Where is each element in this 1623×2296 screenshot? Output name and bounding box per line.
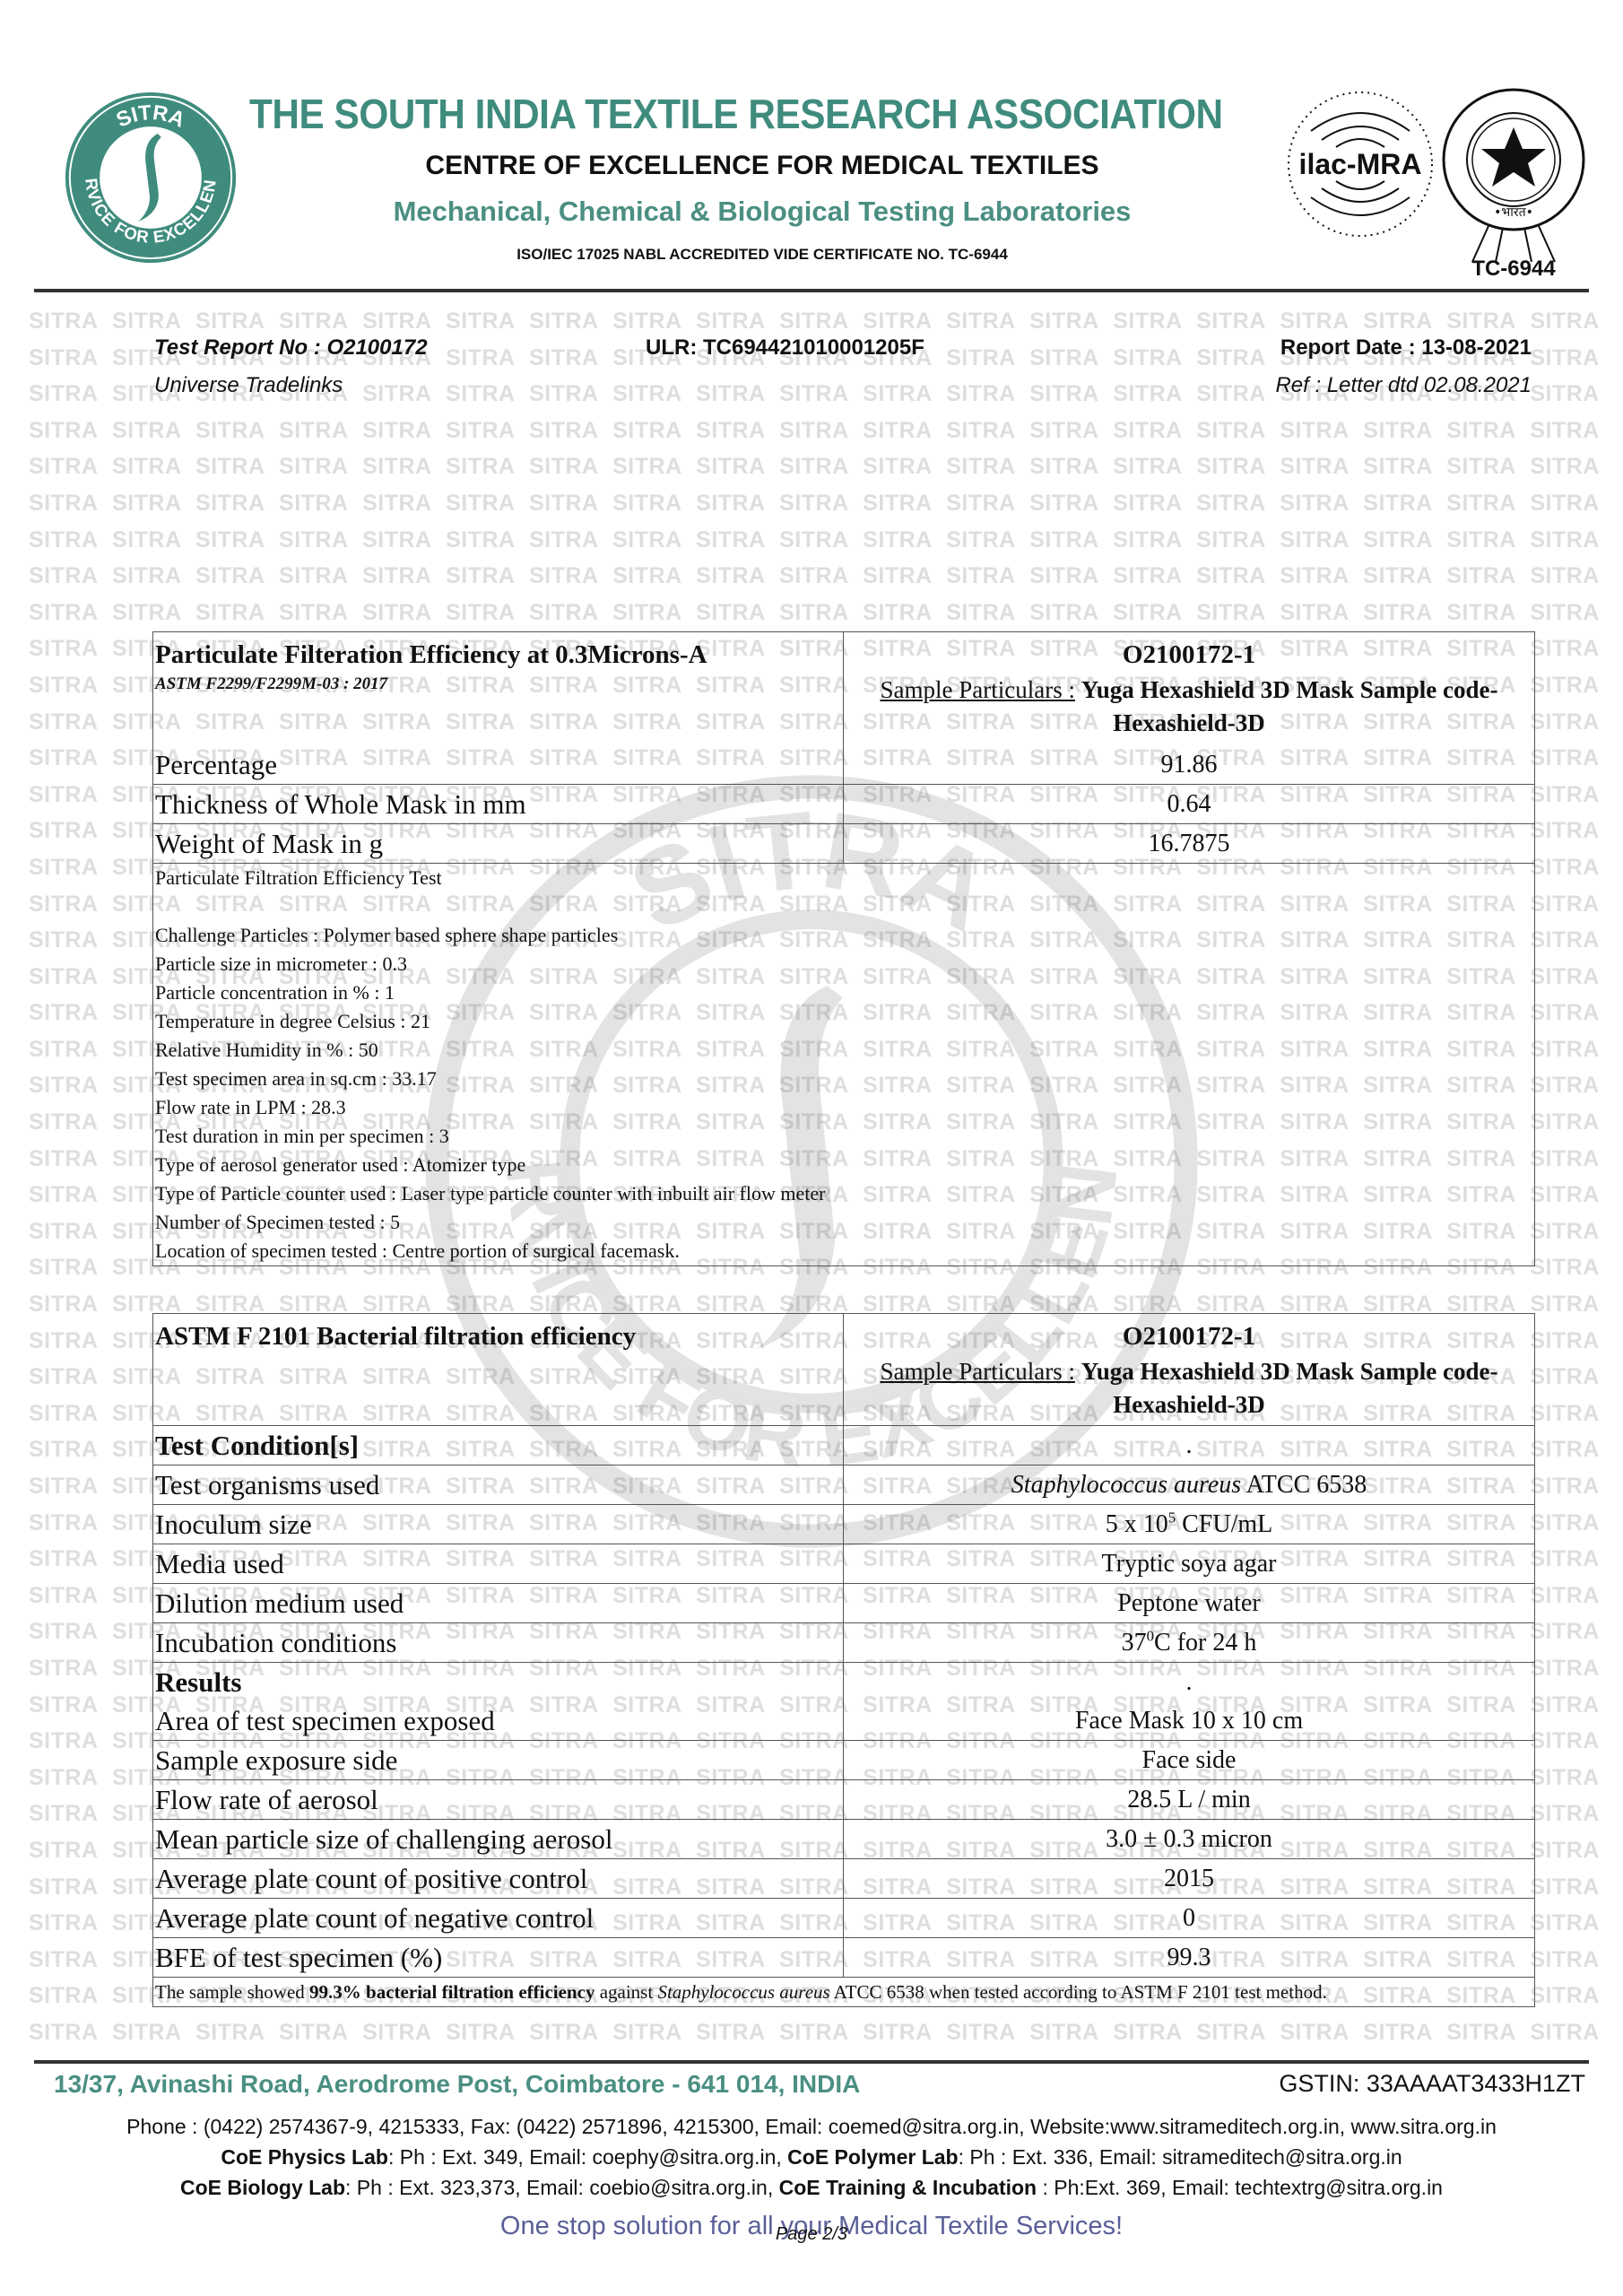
- results-heading: Results: [153, 1663, 844, 1701]
- row-label: Average plate count of positive control: [153, 1859, 844, 1898]
- bfe-sample-code: O2100172-1: [844, 1318, 1534, 1355]
- table-row: Media used Tryptic soya agar: [153, 1544, 1534, 1583]
- inoculum-label: Inoculum size: [153, 1505, 844, 1544]
- watermark-row: SITRA SITRA SITRA SITRA SITRA SITRA SITR…: [29, 595, 1607, 631]
- bfe-title: ASTM F 2101 Bacterial filtration efficie…: [155, 1318, 841, 1355]
- pfe-note-line: Test duration in min per specimen : 3: [155, 1122, 1532, 1151]
- table-row: Test organisms used Staphylococcus aureu…: [153, 1465, 1534, 1504]
- bfe-sample-label: Sample Particulars :: [881, 1358, 1075, 1385]
- incubation-temp: 37: [1122, 1629, 1147, 1657]
- pfe-note-line: Number of Specimen tested : 5: [155, 1208, 1532, 1237]
- table-row: Mean particle size of challenging aeroso…: [153, 1819, 1534, 1858]
- row-value: 3.0 ± 0.3 micron: [844, 1820, 1534, 1858]
- pfe-note-line: Particle size in micrometer : 0.3: [155, 950, 1532, 978]
- bfe-results-heading-row: Results .: [153, 1662, 1534, 1701]
- conditions-value: .: [844, 1426, 1534, 1465]
- table-row: Dilution medium used Peptone water: [153, 1583, 1534, 1622]
- table-row: Sample exposure sideFace side: [153, 1740, 1534, 1779]
- organism-species: Staphylococcus aureus: [1011, 1471, 1241, 1499]
- row-value: 0: [844, 1899, 1534, 1937]
- inoculum-unit: CFU/mL: [1182, 1510, 1272, 1538]
- row-label: Flow rate of aerosol: [153, 1780, 844, 1819]
- row-value: 99.3: [844, 1938, 1534, 1977]
- pfe-sample-label: Sample Particulars :: [881, 676, 1075, 703]
- table-row: Weight of Mask in g16.7875: [153, 823, 1534, 863]
- table-row: Thickness of Whole Mask in mm0.64: [153, 784, 1534, 823]
- letterhead: SITRA SERVICE FOR EXCELLENCE THE SOUTH I…: [0, 0, 1623, 296]
- bfe-summary-row: The sample showed 99.3% bacterial filtra…: [153, 1977, 1534, 2006]
- reference-letter: Ref : Letter dtd 02.08.2021: [1275, 373, 1532, 398]
- watermark-row: SITRA SITRA SITRA SITRA SITRA SITRA SITR…: [29, 2014, 1607, 2043]
- row-label: Mean particle size of challenging aeroso…: [153, 1820, 844, 1858]
- pfe-note-line: Test specimen area in sq.cm : 33.17: [155, 1065, 1532, 1093]
- media-value: Tryptic soya agar: [844, 1544, 1534, 1583]
- pfe-note-line: Particle concentration in % : 1: [155, 978, 1532, 1007]
- bfe-sample-desc: Yuga Hexashield 3D Mask Sample code- Hex…: [1081, 1358, 1498, 1418]
- pfe-title: Particulate Filteration Efficiency at 0.…: [155, 636, 841, 674]
- bfe-header-row: ASTM F 2101 Bacterial filtration efficie…: [153, 1314, 1534, 1425]
- inoculum-base: 5 x 10: [1106, 1510, 1168, 1538]
- conditions-heading: Test Condition[s]: [153, 1426, 844, 1465]
- row-value: Face Mask 10 x 10 cm: [844, 1701, 1534, 1740]
- watermark-row: SITRA SITRA SITRA SITRA SITRA SITRA SITR…: [29, 303, 1607, 340]
- organism-strain: ATCC 6538: [1246, 1471, 1367, 1499]
- incubation-rest: C for 24 h: [1154, 1629, 1256, 1657]
- svg-text:•भारत•: •भारत•: [1494, 205, 1533, 220]
- inoculum-exponent: 5: [1168, 1509, 1176, 1526]
- row-value: 91.86: [844, 745, 1534, 784]
- watermark-row: SITRA SITRA SITRA SITRA SITRA SITRA SITR…: [29, 522, 1607, 559]
- table-row: Incubation conditions 370C for 24 h: [153, 1622, 1534, 1662]
- row-label: Percentage: [153, 745, 844, 784]
- watermark-row: SITRA SITRA SITRA SITRA SITRA SITRA SITR…: [29, 485, 1607, 522]
- header-divider: [34, 289, 1589, 292]
- ulr-number: ULR: TC694421010001205F: [646, 335, 924, 361]
- bfe-table: ASTM F 2101 Bacterial filtration efficie…: [152, 1313, 1535, 2007]
- pfe-header-row: Particulate Filteration Efficiency at 0.…: [153, 632, 1534, 745]
- row-label: Thickness of Whole Mask in mm: [153, 785, 844, 823]
- table-row: Average plate count of positive control2…: [153, 1858, 1534, 1898]
- report-date: Report Date : 13-08-2021: [1280, 335, 1532, 361]
- row-value: 28.5 L / min: [844, 1780, 1534, 1819]
- incubation-degree: 0: [1147, 1628, 1154, 1645]
- footer-labs-line-2: CoE Biology Lab: Ph : Ext. 323,373, Emai…: [0, 2176, 1623, 2200]
- pfe-note-line: Type of Particle counter used : Laser ty…: [155, 1179, 1532, 1208]
- pfe-note-line: Temperature in degree Celsius : 21: [155, 1007, 1532, 1036]
- accreditation-line: ISO/IEC 17025 NABL ACCREDITED VIDE CERTI…: [516, 246, 1008, 264]
- svg-text:ilac-MRA: ilac-MRA: [1299, 148, 1422, 180]
- media-label: Media used: [153, 1544, 844, 1583]
- row-value: 0.64: [844, 785, 1534, 823]
- watermark-row: SITRA SITRA SITRA SITRA SITRA SITRA SITR…: [29, 558, 1607, 595]
- incubation-label: Incubation conditions: [153, 1623, 844, 1662]
- row-label: Average plate count of negative control: [153, 1899, 844, 1937]
- bfe-summary: The sample showed 99.3% bacterial filtra…: [153, 1978, 1329, 2006]
- row-value: 16.7875: [844, 824, 1534, 863]
- dilution-value: Peptone water: [844, 1584, 1534, 1622]
- pfe-sample-code: O2100172-1: [844, 636, 1534, 674]
- footer-gstin: GSTIN: 33AAAAT3433H1ZT: [1279, 2070, 1585, 2098]
- footer-address: 13/37, Avinashi Road, Aerodrome Post, Co…: [54, 2070, 860, 2099]
- watermark-row: SITRA SITRA SITRA SITRA SITRA SITRA SITR…: [29, 413, 1607, 449]
- centre-name: CENTRE OF EXCELLENCE FOR MEDICAL TEXTILE…: [425, 151, 1098, 181]
- labs-name: Mechanical, Chemical & Biological Testin…: [394, 196, 1132, 228]
- row-label: Area of test specimen exposed: [153, 1701, 844, 1740]
- pfe-note-line: Flow rate in LPM : 28.3: [155, 1093, 1532, 1122]
- row-value: Face side: [844, 1741, 1534, 1779]
- table-row: Area of test specimen exposedFace Mask 1…: [153, 1701, 1534, 1740]
- pfe-note-line: Type of aerosol generator used : Atomize…: [155, 1151, 1532, 1179]
- table-row: Average plate count of negative control0: [153, 1898, 1534, 1937]
- row-label: Sample exposure side: [153, 1741, 844, 1779]
- ilac-mra-logo-icon: ilac-MRA: [1284, 88, 1436, 240]
- dilution-label: Dilution medium used: [153, 1584, 844, 1622]
- cert-number: TC-6944: [1451, 257, 1576, 282]
- org-name: THE SOUTH INDIA TEXTILE RESEARCH ASSOCIA…: [249, 90, 1198, 138]
- row-label: BFE of test specimen (%): [153, 1938, 844, 1977]
- table-row: Percentage91.86: [153, 745, 1534, 784]
- nabl-logo-icon: •भारत•: [1433, 86, 1594, 265]
- pfe-standard: ASTM F2299/F2299M-03 : 2017: [155, 674, 841, 695]
- results-value: .: [844, 1663, 1534, 1701]
- pfe-notes-title: Particulate Filtration Efficiency Test: [155, 864, 1532, 892]
- pfe-note-line: Relative Humidity in % : 50: [155, 1036, 1532, 1065]
- pfe-sample-desc: Yuga Hexashield 3D Mask Sample code- Hex…: [1081, 676, 1498, 736]
- pfe-table: Particulate Filteration Efficiency at 0.…: [152, 631, 1535, 1266]
- watermark-row: SITRA SITRA SITRA SITRA SITRA SITRA SITR…: [29, 448, 1607, 485]
- footer-divider: [34, 2060, 1589, 2064]
- organism-label: Test organisms used: [153, 1465, 844, 1504]
- footer-contact: Phone : (0422) 2574367-9, 4215333, Fax: …: [0, 2115, 1623, 2139]
- row-label: Weight of Mask in g: [153, 824, 844, 863]
- customer-name: Universe Tradelinks: [154, 373, 343, 398]
- bfe-conditions-heading-row: Test Condition[s] .: [153, 1425, 1534, 1465]
- table-row: BFE of test specimen (%)99.3: [153, 1937, 1534, 1977]
- pfe-notes: Particulate Filtration Efficiency Test C…: [153, 863, 1534, 1265]
- pfe-note-line: Challenge Particles : Polymer based sphe…: [155, 921, 1532, 950]
- footer-labs-line-1: CoE Physics Lab: Ph : Ext. 349, Email: c…: [0, 2145, 1623, 2170]
- test-report-number: Test Report No : O2100172: [154, 335, 428, 361]
- table-row: Inoculum size 5 x 105 CFU/mL: [153, 1504, 1534, 1544]
- table-row: Flow rate of aerosol28.5 L / min: [153, 1779, 1534, 1819]
- pfe-note-line: Location of specimen tested : Centre por…: [155, 1237, 1532, 1265]
- page-number: Page 2/3: [0, 2224, 1623, 2245]
- row-value: 2015: [844, 1859, 1534, 1898]
